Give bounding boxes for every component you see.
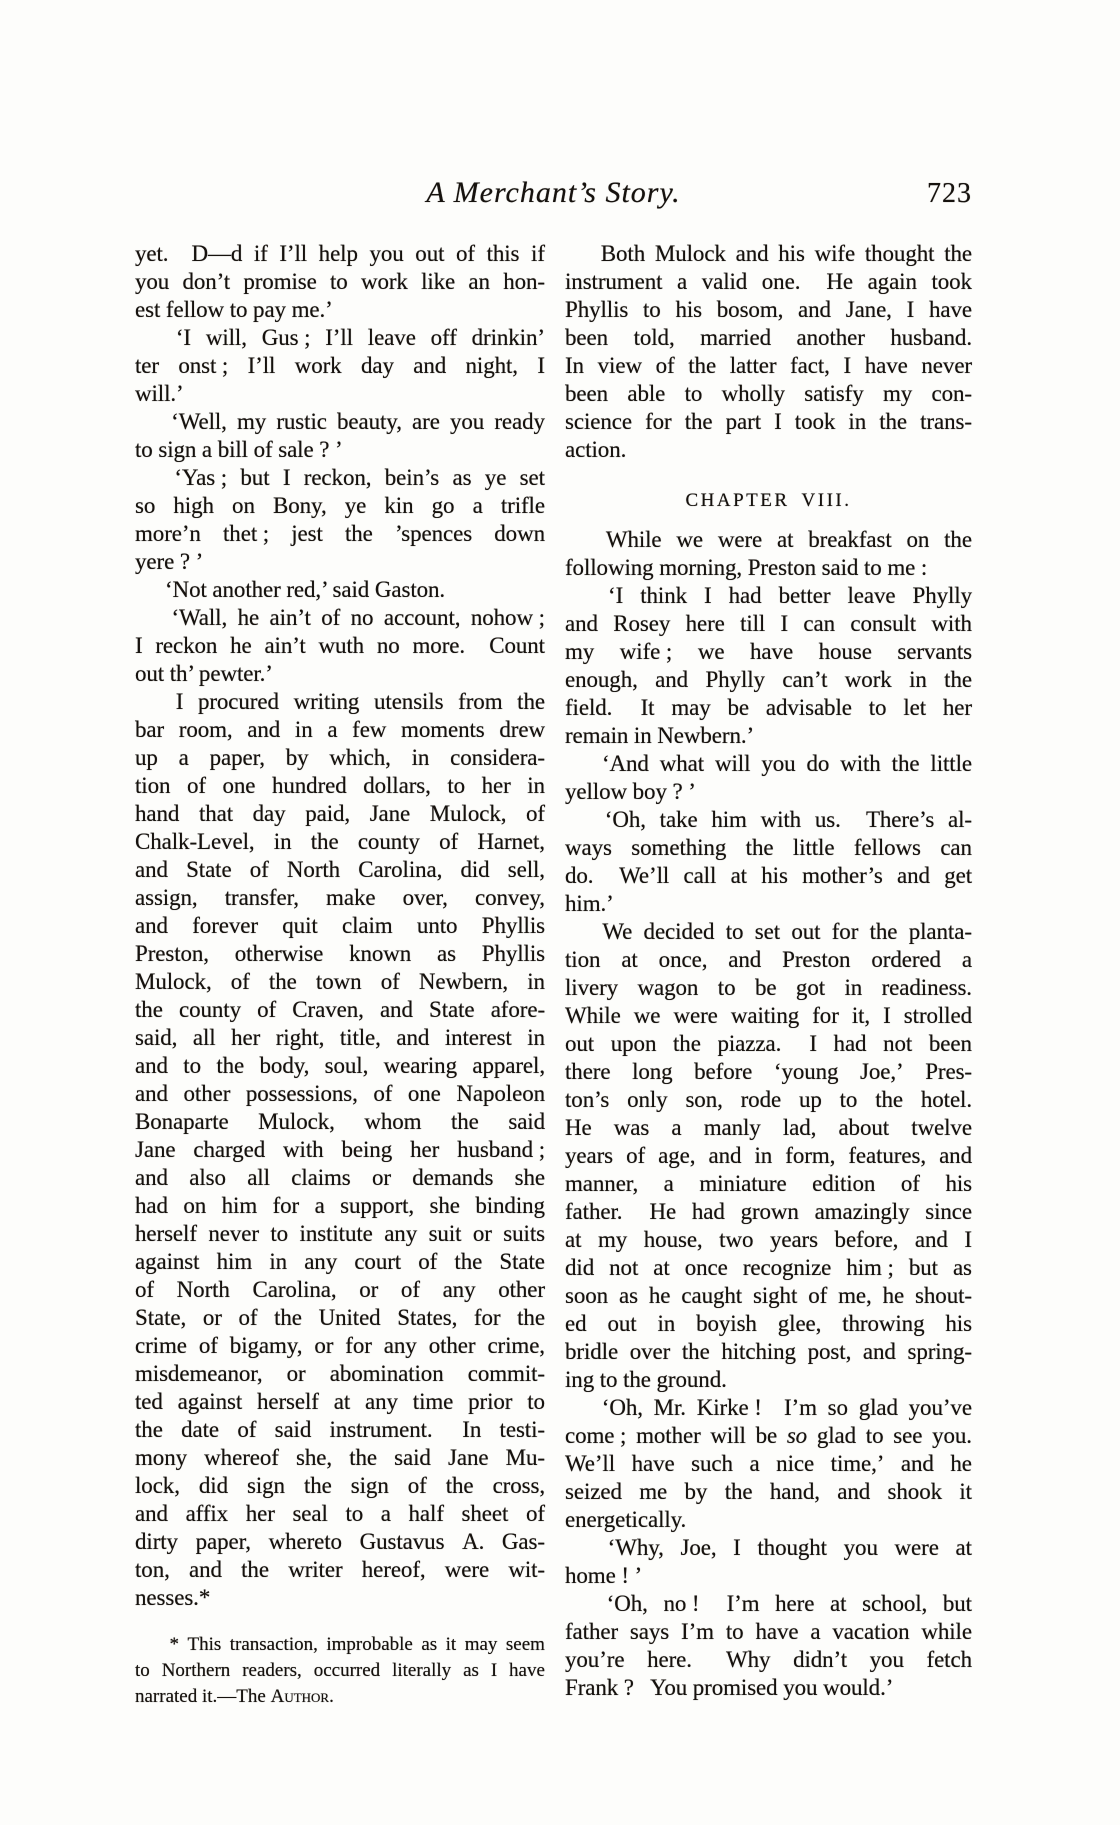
text-line: assign,transfer,makeover,convey, [135,884,545,912]
text-line: monywhereofshe,thesaidJaneMu- [135,1444,545,1472]
footnote: *Thistransaction,improbableasitmayseemto… [135,1632,545,1710]
text-line: outuponthepiazza. Ihadnotbeen [565,1030,972,1058]
text-line: Whilewewerewaitingforit,Istrolled [565,1002,972,1030]
text-line: ‘IthinkIhadbetterleavePhylly [565,582,972,610]
text-line: tedagainstherselfatanytimepriorto [135,1388,545,1416]
text-line: handthatdaypaid,JaneMulock,of [135,800,545,828]
text-line: Chalk-Level,inthecountyofHarnet, [135,828,545,856]
text-line: bridleoverthehitchingpost,andspring- [565,1338,972,1366]
text-line: didnotatoncerecognizehim ;butas [565,1254,972,1282]
text-line: scienceforthepartItookinthetrans- [565,408,972,436]
text-line: andforeverquitclaimuntoPhyllis [135,912,545,940]
text-line: Ireckonheain’twuthnomore. Count [135,632,545,660]
text-line: beentold,marriedanotherhusband. [565,324,972,352]
text-line: you’rehere. Whydidn’tyoufetch [565,1646,972,1674]
text-line: narrated it.—The Author. [135,1684,545,1710]
text-line: do. We’llcallathismother’sandget [565,862,972,890]
page-number: 723 [927,179,972,209]
text-line: fathersaysI’mtohaveavacationwhile [565,1618,972,1646]
text-line: ofNorthCarolina,orofanyother [135,1276,545,1304]
text-line: Whilewewereatbreakfastonthe [565,526,972,554]
text-line: teronst ;I’llworkdayandnight,I [135,352,545,380]
text-line: home ! ’ [565,1562,972,1590]
text-line: tionofonehundreddollars,toherin [135,772,545,800]
text-line: Inviewofthelatterfact,Ihavenever [565,352,972,380]
text-line: Mulock,ofthetownofNewbern,in [135,968,545,996]
text-line: crimeofbigamy,orforanyothercrime, [135,1332,545,1360]
text-line: said,allherright,title,andinterestin [135,1024,545,1052]
left-column: yet. D—difI’llhelpyououtofthisifyoudon’t… [135,240,545,1710]
text-line: thecountyofCraven,andStateafore- [135,996,545,1024]
text-line: ‘Oh,no ! I’mhereatschool,but [565,1590,972,1618]
text-line: ‘Wall,heain’tofnoaccount,nohow ; [135,604,545,632]
text-line: soonashecaughtsightofme,heshout- [565,1282,972,1310]
text-line: father. Hehadgrownamazinglysince [565,1198,972,1226]
text-line: thedateofsaidinstrument. Intesti- [135,1416,545,1444]
text-line: edoutinboyishglee,throwinghis [565,1310,972,1338]
text-line: State,oroftheUnitedStates,forthe [135,1304,545,1332]
text-line: seizedmebythehand,andshookit [565,1478,972,1506]
text-line: Iprocuredwritingutensilsfromthe [135,688,545,716]
text-line: sohighonBony,yekingoatrifle [135,492,545,520]
text-line: remain in Newbern.’ [565,722,972,750]
text-line: Janechargedwithbeingherhusband ; [135,1136,545,1164]
text-line: ‘Well,myrusticbeauty,areyouready [135,408,545,436]
text-line: toNorthernreaders,occurredliterallyasIha… [135,1658,545,1684]
text-line: instrumentavalidone. Heagaintook [565,268,972,296]
running-head: A Merchant’s Story. 723 [135,176,972,212]
text-line: ing to the ground. [565,1366,972,1394]
text-line: beenabletowhollysatisfymycon- [565,380,972,408]
text-line: est fellow to pay me.’ [135,296,545,324]
text-line: BonaparteMulock,whomthesaid [135,1108,545,1136]
text-line: ‘Andwhatwillyoudowiththelittle [565,750,972,778]
text-line: barroom,andinafewmomentsdrew [135,716,545,744]
right-column: BothMulockandhiswifethoughttheinstrument… [565,240,972,1702]
text-line: Hewasamanlylad,abouttwelve [565,1114,972,1142]
text-line: ‘Why,Joe,Ithoughtyouwereat [565,1534,972,1562]
text-line: hadonhimforasupport,shebinding [135,1192,545,1220]
text-line: andaffixhersealtoahalfsheetof [135,1500,545,1528]
text-line: We’llhavesuchanicetime,’andhe [565,1450,972,1478]
text-line: andtothebody,soul,wearingapparel, [135,1052,545,1080]
text-line: liverywagontobegotinreadiness. [565,974,972,1002]
text-line: Phyllistohisbosom,andJane,Ihave [565,296,972,324]
text-line: andRoseyheretillIcanconsultwith [565,610,972,638]
text-line: therelongbefore‘youngJoe,’Pres- [565,1058,972,1086]
text-line: him.’ [565,890,972,918]
text-line: andStateofNorthCarolina,didsell, [135,856,545,884]
text-line: ‘Yas ;butIreckon,bein’sasyeset [135,464,545,492]
text-line: Wedecidedtosetoutfortheplanta- [565,918,972,946]
text-line: ‘Iwill,Gus ;I’llleaveoffdrinkin’ [135,324,545,352]
text-line: lock,didsignthesignofthecross, [135,1472,545,1500]
text-line: BothMulockandhiswifethoughtthe [565,240,972,268]
text-line: ‘Oh,takehimwithus. There’sal- [565,806,972,834]
text-line: nesses.* [135,1584,545,1612]
chapter-heading: CHAPTER VIII. [565,488,972,514]
text-line: ton’sonlyson,rodeuptothehotel. [565,1086,972,1114]
text-line: upapaper,bywhich,inconsidera- [135,744,545,772]
text-line: ‘Oh,Mr.Kirke ! I’msogladyou’ve [565,1394,972,1422]
text-line: dirtypaper,wheretoGustavusA.Gas- [135,1528,545,1556]
text-line: herselfnevertoinstituteanysuitorsuits [135,1220,545,1248]
text-line: andalsoallclaimsordemandsshe [135,1164,545,1192]
text-line: mywife ;wehavehouseservants [565,638,972,666]
text-line: yellow boy ? ’ [565,778,972,806]
text-line: tionatonce,andPrestonordereda [565,946,972,974]
text-line: yet. D—difI’llhelpyououtofthisif [135,240,545,268]
text-line: out th’ pewter.’ [135,660,545,688]
text-line: atmyhouse,twoyearsbefore,andI [565,1226,972,1254]
text-line: ‘Not another red,’ said Gaston. [135,576,545,604]
text-line: misdemeanor,orabominationcommit- [135,1360,545,1388]
text-line: ton,andthewriterhereof,werewit- [135,1556,545,1584]
text-line: yearsofage,andinform,features,and [565,1142,972,1170]
text-line: Frank ? You promised you would.’ [565,1674,972,1702]
text-line: manner,aminiatureeditionofhis [565,1170,972,1198]
text-line: enough,andPhyllycan’tworkinthe [565,666,972,694]
text-line: will.’ [135,380,545,408]
text-line: yere ? ’ [135,548,545,576]
text-line: andotherpossessions,ofoneNapoleon [135,1080,545,1108]
text-line: more’nthet ;jestthe’spencesdown [135,520,545,548]
text-line: field. Itmaybeadvisabletolether [565,694,972,722]
text-line: following morning, Preston said to me : [565,554,972,582]
text-line: Preston,otherwiseknownasPhyllis [135,940,545,968]
text-line: *Thistransaction,improbableasitmayseem [135,1632,545,1658]
text-line: to sign a bill of sale ? ’ [135,436,545,464]
running-head-title: A Merchant’s Story. [135,176,972,210]
text-line: youdon’tpromisetoworklikeanhon- [135,268,545,296]
text-line: againsthiminanycourtoftheState [135,1248,545,1276]
text-line: action. [565,436,972,464]
text-line: energetically. [565,1506,972,1534]
text-line: wayssomethingthelittlefellowscan [565,834,972,862]
scanned-book-page: A Merchant’s Story. 723 yet. D—difI’llhe… [0,0,1120,1825]
text-line: come ;motherwillbesogladtoseeyou. [565,1422,972,1450]
